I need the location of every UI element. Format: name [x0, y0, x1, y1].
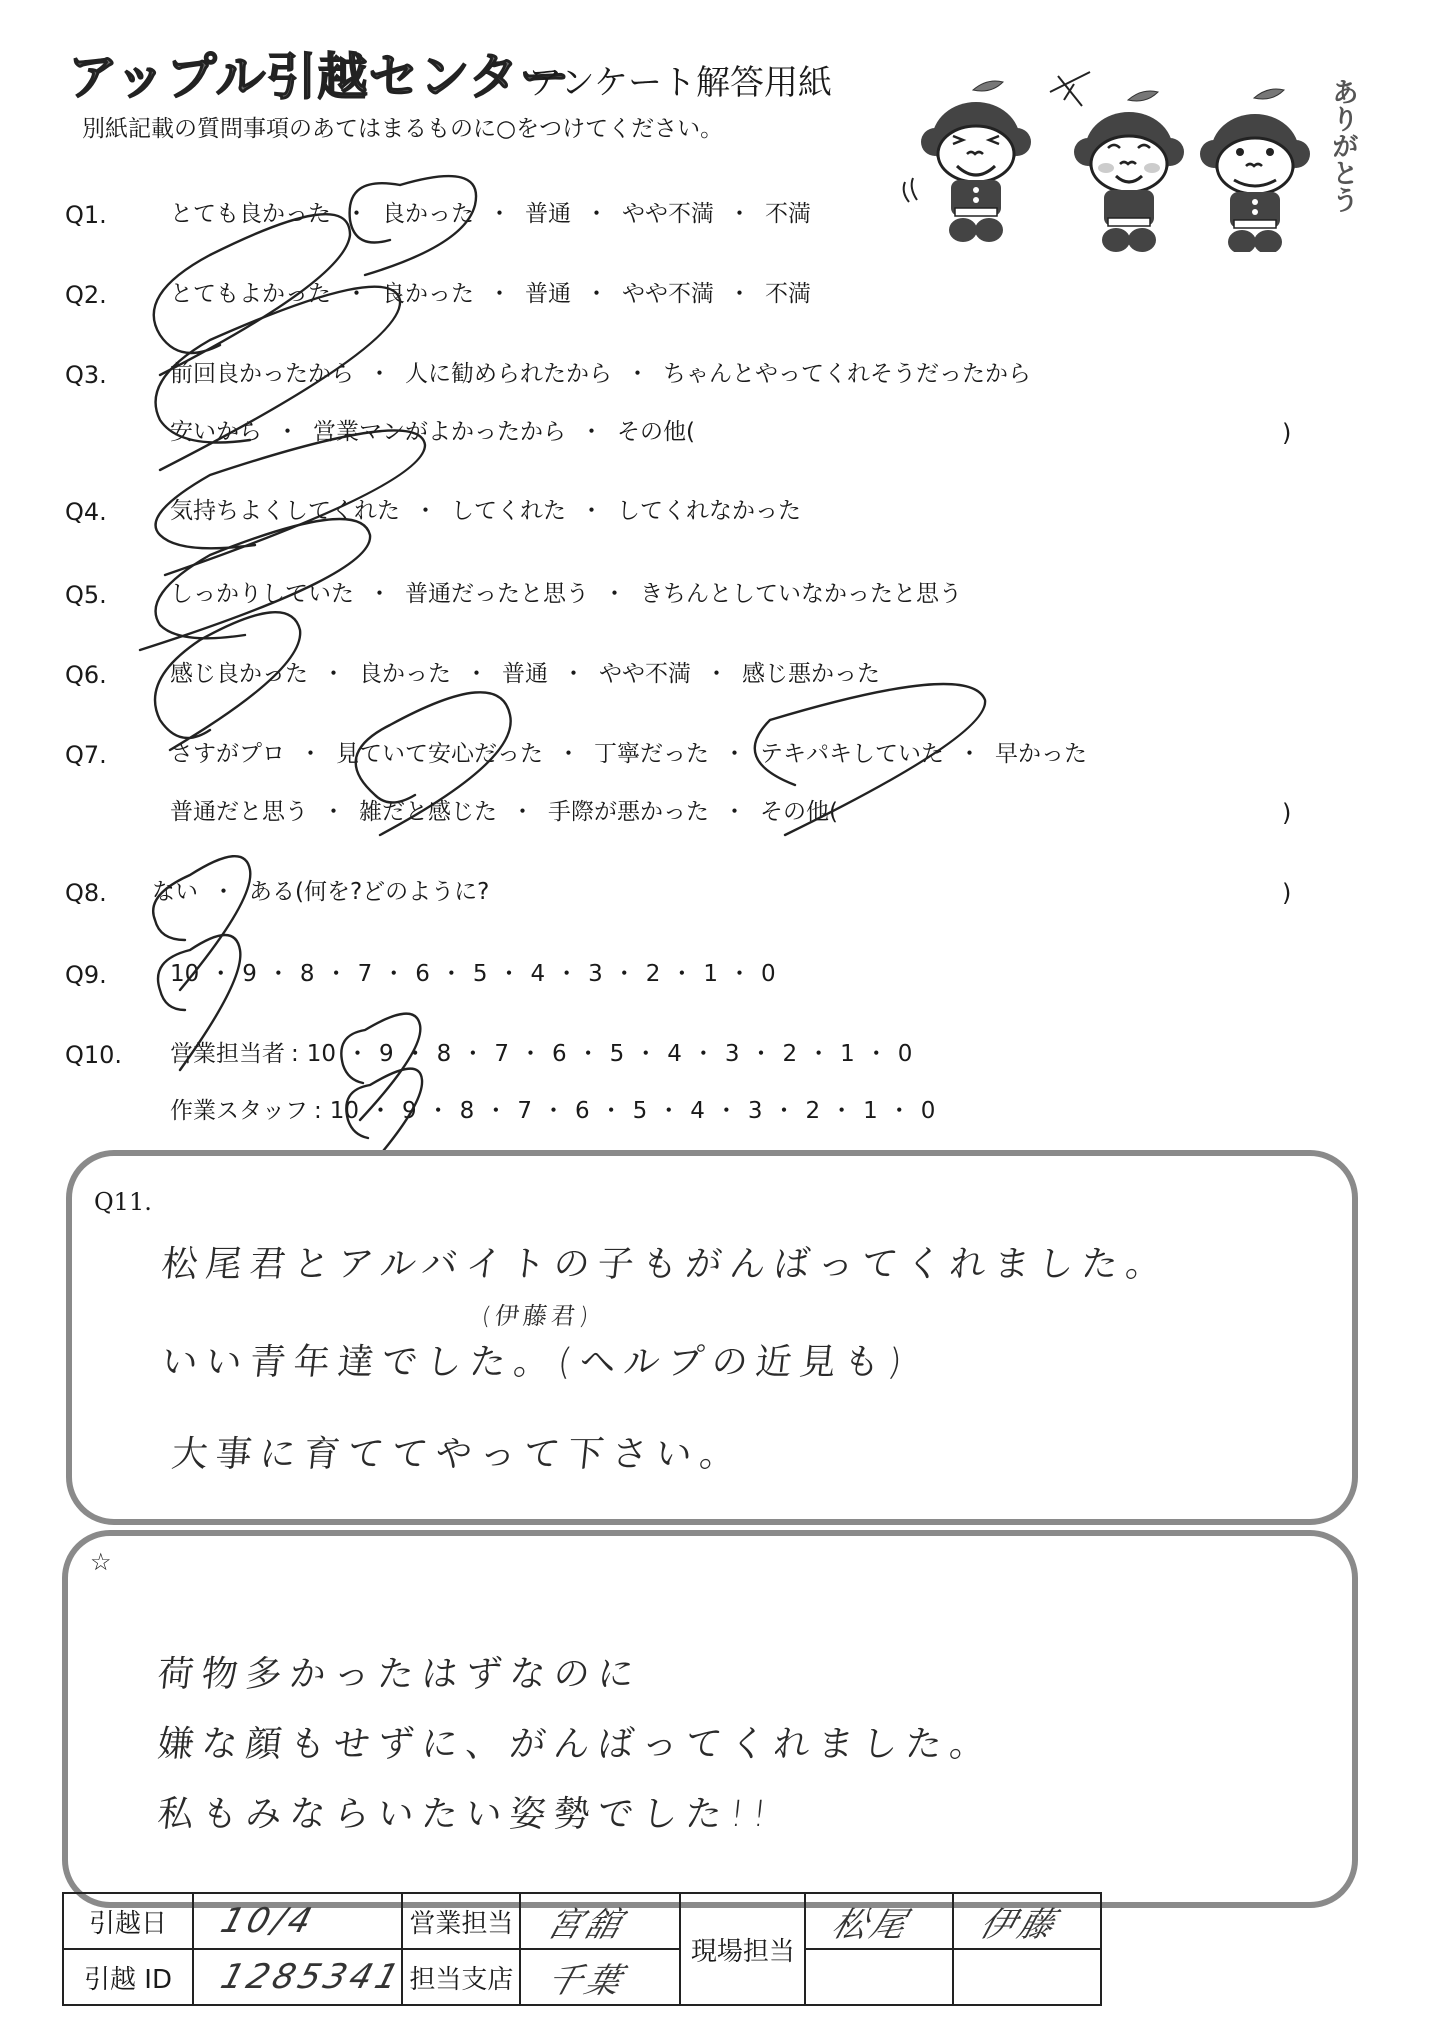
q10-staff-label: 作業スタッフ: [170, 1100, 308, 1123]
q10-staff-score[interactable]: 1: [863, 1100, 878, 1123]
q7-option-other[interactable]: その他(: [760, 801, 838, 824]
q2-label: Q2.: [65, 283, 107, 307]
q10-sales-score[interactable]: 1: [840, 1043, 855, 1066]
q9-score[interactable]: 4: [530, 963, 545, 986]
q3-label: Q3.: [65, 363, 107, 387]
q10-staff-score[interactable]: 3: [748, 1100, 763, 1123]
q8-close-paren: ): [1282, 881, 1291, 905]
branch-value[interactable]: 千葉: [517, 1949, 685, 2005]
q9-score[interactable]: 5: [473, 963, 488, 986]
q4-option[interactable]: してくれなかった: [617, 500, 801, 523]
q10-sales-score[interactable]: 3: [725, 1043, 740, 1066]
q3-option[interactable]: 人に勧められたから: [405, 363, 612, 386]
q3-option-selected[interactable]: 前回良かったから: [170, 363, 354, 386]
q5-option-selected[interactable]: しっかりしていた: [170, 583, 354, 606]
q7-option-selected[interactable]: 見ていて安心だった: [336, 743, 543, 766]
site-staff-4[interactable]: [950, 1949, 1106, 2005]
site-staff-2[interactable]: 伊藤: [950, 1893, 1106, 1949]
q8-option[interactable]: ある(何を?どのように?: [249, 881, 489, 904]
q2-option-selected[interactable]: とてもよかった: [170, 283, 331, 306]
q9-score-selected[interactable]: 10: [170, 963, 199, 986]
q5-options: しっかりしていた・ 普通だったと思う・ きちんとしていなかったと思う: [170, 583, 962, 606]
q7-option[interactable]: 普通だと思う: [170, 801, 308, 824]
q10-sales-scale: 営業担当者: 10・ 9・ 8・ 7・ 6・ 5・ 4・ 3・ 2・ 1・ 0: [170, 1043, 912, 1066]
move-date-value[interactable]: 10/4: [189, 1893, 406, 1949]
q11-annotation: (伊藤君): [480, 1296, 594, 1331]
q10-staff-score[interactable]: 2: [806, 1100, 821, 1123]
q7-label: Q7.: [65, 743, 107, 767]
q9-score[interactable]: 2: [646, 963, 661, 986]
q6-option[interactable]: 良かった: [359, 663, 451, 686]
q3-close-paren: ): [1282, 421, 1291, 445]
q7-option[interactable]: 丁寧だった: [594, 743, 709, 766]
sales-rep-value[interactable]: 宮舘: [517, 1893, 685, 1949]
q11-comment-line: いい青年達でした。(ヘルプの近見も): [159, 1334, 912, 1385]
q6-option[interactable]: 普通: [502, 663, 548, 686]
q10-sales-score[interactable]: 2: [783, 1043, 798, 1066]
q9-scale: 10・ 9・ 8・ 7・ 6・ 5・ 4・ 3・ 2・ 1・ 0: [170, 963, 776, 986]
q10-staff-score[interactable]: 6: [575, 1100, 590, 1123]
q6-option-selected[interactable]: 感じ良かった: [170, 663, 308, 686]
q10-sales-score[interactable]: 6: [552, 1043, 567, 1066]
free-comment-line: 荷物多かったはずなのに: [155, 1646, 644, 1697]
q10-staff-score-selected[interactable]: 10: [330, 1100, 359, 1123]
q2-options: とてもよかった・ 良かった・ 普通・ やや不満・ 不満: [170, 283, 811, 306]
q3-option[interactable]: ちゃんとやってくれそうだったから: [663, 363, 1031, 386]
q4-options: 気持ちよくしてくれた・ してくれた・ してくれなかった: [170, 500, 801, 523]
q7-option[interactable]: さすがプロ: [170, 743, 285, 766]
q11-comment-line: 大事に育ててやって下さい。: [169, 1426, 746, 1477]
instruction-text: 別紙記載の質問事項のあてはまるものに○をつけてください。: [82, 118, 723, 141]
q2-option[interactable]: 普通: [525, 283, 571, 306]
q4-option-selected[interactable]: 気持ちよくしてくれた: [170, 500, 400, 523]
q10-sales-score[interactable]: 9: [379, 1043, 394, 1066]
q7-option[interactable]: 早かった: [995, 743, 1087, 766]
q6-label: Q6.: [65, 663, 107, 687]
q2-option[interactable]: 不満: [765, 283, 811, 306]
q9-score[interactable]: 3: [588, 963, 603, 986]
q5-label: Q5.: [65, 583, 107, 607]
q1-option[interactable]: 普通: [525, 203, 571, 226]
q3-option[interactable]: 安いから: [170, 421, 262, 444]
q5-option[interactable]: 普通だったと思う: [405, 583, 589, 606]
q10-staff-score[interactable]: 0: [921, 1100, 936, 1123]
form-title: アンケート解答用紙: [528, 66, 832, 100]
q9-score[interactable]: 7: [358, 963, 373, 986]
move-id-label: 引越 ID: [63, 1949, 193, 2005]
move-id-value[interactable]: 1285341: [189, 1949, 406, 2005]
q9-score[interactable]: 6: [415, 963, 430, 986]
q7-option[interactable]: 手際が悪かった: [548, 801, 709, 824]
q10-staff-score[interactable]: 4: [690, 1100, 705, 1123]
sales-rep-label: 営業担当: [402, 1893, 520, 1949]
q8-option-selected[interactable]: ない: [152, 881, 198, 904]
q9-label: Q9.: [65, 963, 107, 987]
blushing-monkey-icon: [1050, 72, 1184, 252]
q10-sales-score[interactable]: 4: [667, 1043, 682, 1066]
q10-label: Q10.: [65, 1043, 122, 1067]
q11-label: Q11.: [94, 1188, 152, 1216]
q11-comment-line: 松尾君とアルバイトの子もがんばってくれました。: [159, 1236, 1172, 1287]
thanks-caption: ありがとう: [1322, 78, 1358, 213]
q5-option[interactable]: きちんとしていなかったと思う: [640, 583, 962, 606]
q6-option[interactable]: やや不満: [599, 663, 691, 686]
q6-options: 感じ良かった・ 良かった・ 普通・ やや不満・ 感じ悪かった: [170, 663, 880, 686]
q1-option[interactable]: やや不満: [622, 203, 714, 226]
winking-monkey-icon: [904, 81, 1031, 242]
q11-comment-box: Q11. 松尾君とアルバイトの子もがんばってくれました。 (伊藤君) いい青年達…: [66, 1150, 1358, 1525]
q9-score[interactable]: 8: [300, 963, 315, 986]
site-staff-1[interactable]: 松尾: [802, 1893, 958, 1949]
q10-staff-score[interactable]: 8: [460, 1100, 475, 1123]
smiling-monkey-icon: [1200, 89, 1310, 252]
move-info-table: 引越日 10/4 営業担当 宮舘 現場担当 松尾 伊藤 引越 ID 128534…: [62, 1892, 1102, 2006]
free-comment-box: ☆ 荷物多かったはずなのに 嫌な顔もせずに、がんばってくれました。 私もみならい…: [62, 1530, 1358, 1908]
q9-score[interactable]: 0: [761, 963, 776, 986]
q3-options-line1: 前回良かったから・ 人に勧められたから・ ちゃんとやってくれそうだったから: [170, 363, 1031, 386]
q7-close-paren: ): [1282, 801, 1291, 825]
q10-staff-score[interactable]: 9: [402, 1100, 417, 1123]
q8-label: Q8.: [65, 881, 107, 905]
move-date-label: 引越日: [63, 1893, 193, 1949]
star-icon: ☆: [90, 1548, 112, 1576]
q2-option[interactable]: やや不満: [622, 283, 714, 306]
q10-sales-label: 営業担当者: [170, 1043, 285, 1066]
q3-options-line2: 安いから・ 営業マンがよかったから・ その他(: [170, 421, 695, 444]
q7-options-line1: さすがプロ・ 見ていて安心だった・ 丁寧だった・ テキパキしていた・ 早かった: [170, 743, 1087, 766]
q1-label: Q1.: [65, 203, 107, 227]
q4-label: Q4.: [65, 500, 107, 524]
q9-score[interactable]: 1: [703, 963, 718, 986]
q7-option[interactable]: 雑だと感じた: [359, 801, 497, 824]
q10-sales-score[interactable]: 0: [898, 1043, 913, 1066]
q10-sales-score[interactable]: 7: [494, 1043, 509, 1066]
q3-option[interactable]: 営業マンがよかったから: [313, 421, 566, 444]
q2-option[interactable]: 良かった: [382, 283, 474, 306]
q10-staff-score[interactable]: 5: [633, 1100, 648, 1123]
branch-label: 担当支店: [402, 1949, 520, 2005]
q10-sales-score[interactable]: 5: [610, 1043, 625, 1066]
free-comment-line: 私もみならいたい姿勢でした!!: [155, 1786, 777, 1837]
q7-option-selected[interactable]: テキパキしていた: [760, 743, 944, 766]
q6-option[interactable]: 感じ悪かった: [742, 663, 880, 686]
q8-options: ない・ ある(何を?どのように?: [152, 881, 489, 904]
site-staff-3[interactable]: [802, 1949, 958, 2005]
q10-staff-scale: 作業スタッフ: 10・ 9・ 8・ 7・ 6・ 5・ 4・ 3・ 2・ 1・ 0: [170, 1100, 935, 1123]
mascot-illustration: [895, 62, 1335, 252]
q10-sales-score[interactable]: 8: [437, 1043, 452, 1066]
q4-option[interactable]: してくれた: [451, 500, 566, 523]
q7-options-line2: 普通だと思う・ 雑だと感じた・ 手際が悪かった・ その他(: [170, 801, 838, 824]
q3-option-other[interactable]: その他(: [617, 421, 695, 444]
q1-option[interactable]: とても良かった: [170, 203, 331, 226]
q10-staff-score[interactable]: 7: [517, 1100, 532, 1123]
q9-score[interactable]: 9: [242, 963, 257, 986]
free-comment-line: 嫌な顔もせずに、がんばってくれました。: [155, 1716, 996, 1767]
q1-option-selected[interactable]: 良かった: [382, 203, 474, 226]
site-staff-label: 現場担当: [680, 1893, 805, 2005]
q1-option[interactable]: 不満: [765, 203, 811, 226]
brand-title: アップル引越センター: [68, 52, 571, 102]
q10-sales-score-selected[interactable]: 10: [307, 1043, 336, 1066]
q1-options: とても良かった・ 良かった・ 普通・ やや不満・ 不満: [170, 203, 811, 226]
